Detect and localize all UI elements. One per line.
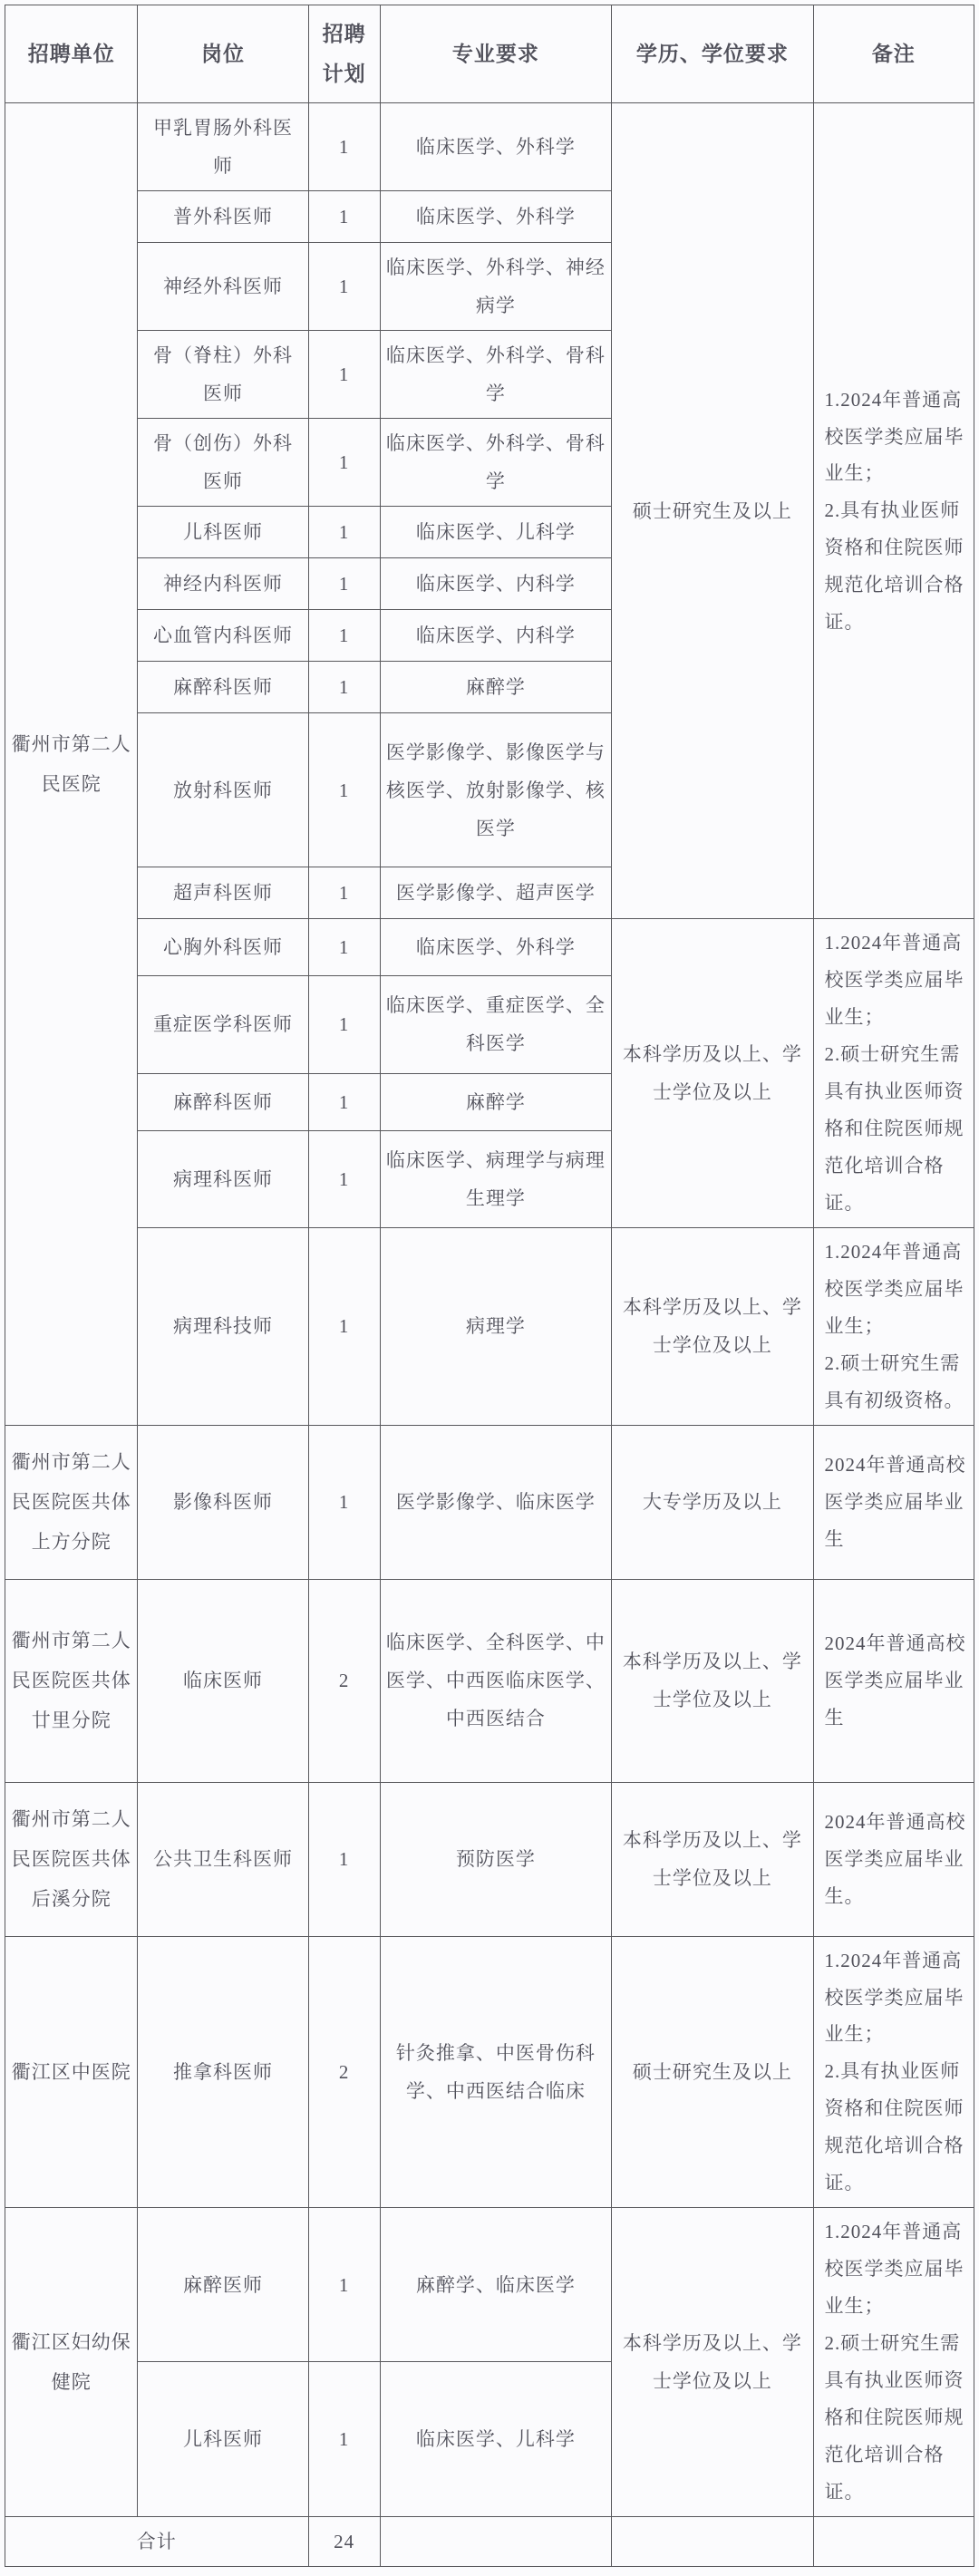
- table-row: 衢州市第二人民医院医共体上方分院 影像科医师 1 医学影像学、临床医学 大专学历…: [5, 1425, 974, 1579]
- unit-cell: 衢江区中医院: [5, 1936, 138, 2208]
- header-count: 招聘计划: [308, 5, 380, 103]
- count-cell: 1: [308, 2208, 380, 2362]
- edu-cell: 本科学历及以上、学士学位及以上: [612, 919, 813, 1228]
- note-cell: 2024年普通高校医学类应届毕业生。: [813, 1782, 974, 1936]
- major-cell: 临床医学、儿科学: [380, 2362, 611, 2516]
- count-cell: 1: [308, 507, 380, 558]
- count-cell: 2: [308, 1579, 380, 1782]
- post-cell: 神经外科医师: [138, 243, 308, 331]
- table-row: 衢江区中医院 推拿科医师 2 针灸推拿、中医骨伤科学、中西医结合临床 硕士研究生…: [5, 1936, 974, 2208]
- note-cell: 1.2024年普通高校医学类应届毕业生； 2.具有执业医师资格和住院医师规范化培…: [813, 1936, 974, 2208]
- edu-cell: 本科学历及以上、学士学位及以上: [612, 1227, 813, 1425]
- major-cell: 临床医学、外科学、骨科学: [380, 331, 611, 419]
- table-row: 病理科技师 1 病理学 本科学历及以上、学士学位及以上 1.2024年普通高校医…: [5, 1227, 974, 1425]
- post-cell: 心血管内科医师: [138, 610, 308, 662]
- edu-cell: 硕士研究生及以上: [612, 103, 813, 919]
- post-cell: 神经内科医师: [138, 558, 308, 610]
- note-cell: 2024年普通高校医学类应届毕业生: [813, 1425, 974, 1579]
- post-cell: 麻醉科医师: [138, 662, 308, 713]
- count-cell: 1: [308, 558, 380, 610]
- count-cell: 1: [308, 103, 380, 191]
- edu-cell: 大专学历及以上: [612, 1425, 813, 1579]
- major-cell: 临床医学、儿科学: [380, 507, 611, 558]
- note-cell: 2024年普通高校医学类应届毕业生: [813, 1579, 974, 1782]
- major-cell: 针灸推拿、中医骨伤科学、中西医结合临床: [380, 1936, 611, 2208]
- post-cell: 麻醉医师: [138, 2208, 308, 2362]
- major-cell: 临床医学、全科医学、中医学、中西医临床医学、中西医结合: [380, 1579, 611, 1782]
- count-cell: 1: [308, 610, 380, 662]
- header-edu: 学历、学位要求: [612, 5, 813, 103]
- major-cell: 临床医学、内科学: [380, 610, 611, 662]
- edu-cell: 硕士研究生及以上: [612, 1936, 813, 2208]
- major-cell: 临床医学、外科学、神经病学: [380, 243, 611, 331]
- total-row: 合计 24: [5, 2516, 974, 2566]
- post-cell: 病理科医师: [138, 1130, 308, 1227]
- table-row: 心胸外科医师 1 临床医学、外科学 本科学历及以上、学士学位及以上 1.2024…: [5, 919, 974, 976]
- post-cell: 骨（脊柱）外科医师: [138, 331, 308, 419]
- count-cell: 1: [308, 662, 380, 713]
- major-cell: 临床医学、外科学: [380, 103, 611, 191]
- major-cell: 医学影像学、超声医学: [380, 867, 611, 919]
- post-cell: 公共卫生科医师: [138, 1782, 308, 1936]
- major-cell: 麻醉学、临床医学: [380, 2208, 611, 2362]
- major-cell: 麻醉学: [380, 1073, 611, 1130]
- edu-cell: 本科学历及以上、学士学位及以上: [612, 1579, 813, 1782]
- unit-cell: 衢江区妇幼保健院: [5, 2208, 138, 2517]
- post-cell: 推拿科医师: [138, 1936, 308, 2208]
- major-cell: 临床医学、外科学、骨科学: [380, 419, 611, 507]
- edu-cell: 本科学历及以上、学士学位及以上: [612, 1782, 813, 1936]
- recruitment-table: 招聘单位 岗位 招聘计划 专业要求 学历、学位要求 备注 衢州市第二人民医院 甲…: [5, 5, 974, 2567]
- post-cell: 心胸外科医师: [138, 919, 308, 976]
- count-cell: 1: [308, 713, 380, 867]
- table-row: 衢州市第二人民医院 甲乳胃肠外科医师 1 临床医学、外科学 硕士研究生及以上 1…: [5, 103, 974, 191]
- major-cell: 临床医学、外科学: [380, 191, 611, 243]
- total-count-cell: 24: [308, 2516, 380, 2566]
- table-row: 衢州市第二人民医院医共体后溪分院 公共卫生科医师 1 预防医学 本科学历及以上、…: [5, 1782, 974, 1936]
- header-unit: 招聘单位: [5, 5, 138, 103]
- count-cell: 1: [308, 867, 380, 919]
- count-cell: 1: [308, 243, 380, 331]
- post-cell: 重症医学科医师: [138, 976, 308, 1073]
- post-cell: 甲乳胃肠外科医师: [138, 103, 308, 191]
- major-cell: 预防医学: [380, 1782, 611, 1936]
- total-label-cell: 合计: [5, 2516, 309, 2566]
- count-cell: 1: [308, 976, 380, 1073]
- post-cell: 普外科医师: [138, 191, 308, 243]
- count-cell: 2: [308, 1936, 380, 2208]
- note-cell: 1.2024年普通高校医学类应届毕业生； 2.硕士研究生需具有执业医师资格和住院…: [813, 919, 974, 1228]
- post-cell: 骨（创伤）外科医师: [138, 419, 308, 507]
- post-cell: 放射科医师: [138, 713, 308, 867]
- major-cell: 临床医学、内科学: [380, 558, 611, 610]
- count-cell: 1: [308, 1130, 380, 1227]
- count-cell: 1: [308, 419, 380, 507]
- note-cell: 1.2024年普通高校医学类应届毕业生； 2.硕士研究生需具有执业医师资格和住院…: [813, 2208, 974, 2517]
- edu-cell: 本科学历及以上、学士学位及以上: [612, 2208, 813, 2517]
- count-cell: 1: [308, 1073, 380, 1130]
- empty-major-cell: [380, 2516, 611, 2566]
- post-cell: 影像科医师: [138, 1425, 308, 1579]
- post-cell: 麻醉科医师: [138, 1073, 308, 1130]
- note-cell: 1.2024年普通高校医学类应届毕业生； 2.硕士研究生需具有初级资格。: [813, 1227, 974, 1425]
- empty-edu-cell: [612, 2516, 813, 2566]
- count-cell: 1: [308, 1425, 380, 1579]
- count-cell: 1: [308, 1227, 380, 1425]
- major-cell: 医学影像学、临床医学: [380, 1425, 611, 1579]
- header-note: 备注: [813, 5, 974, 103]
- count-cell: 1: [308, 919, 380, 976]
- major-cell: 临床医学、外科学: [380, 919, 611, 976]
- count-cell: 1: [308, 331, 380, 419]
- major-cell: 临床医学、重症医学、全科医学: [380, 976, 611, 1073]
- post-cell: 超声科医师: [138, 867, 308, 919]
- post-cell: 临床医师: [138, 1579, 308, 1782]
- major-cell: 病理学: [380, 1227, 611, 1425]
- header-post: 岗位: [138, 5, 308, 103]
- major-cell: 临床医学、病理学与病理生理学: [380, 1130, 611, 1227]
- major-cell: 麻醉学: [380, 662, 611, 713]
- post-cell: 儿科医师: [138, 2362, 308, 2516]
- document-page: 招聘单位 岗位 招聘计划 专业要求 学历、学位要求 备注 衢州市第二人民医院 甲…: [0, 0, 979, 2576]
- count-cell: 1: [308, 1782, 380, 1936]
- count-cell: 1: [308, 2362, 380, 2516]
- post-cell: 病理科技师: [138, 1227, 308, 1425]
- table-row: 衢州市第二人民医院医共体廿里分院 临床医师 2 临床医学、全科医学、中医学、中西…: [5, 1579, 974, 1782]
- header-row: 招聘单位 岗位 招聘计划 专业要求 学历、学位要求 备注: [5, 5, 974, 103]
- header-major: 专业要求: [380, 5, 611, 103]
- empty-note-cell: [813, 2516, 974, 2566]
- unit-cell: 衢州市第二人民医院医共体廿里分院: [5, 1579, 138, 1782]
- post-cell: 儿科医师: [138, 507, 308, 558]
- major-cell: 医学影像学、影像医学与核医学、放射影像学、核医学: [380, 713, 611, 867]
- unit-cell: 衢州市第二人民医院医共体后溪分院: [5, 1782, 138, 1936]
- note-cell: 1.2024年普通高校医学类应届毕业生； 2.具有执业医师资格和住院医师规范化培…: [813, 103, 974, 919]
- table-row: 衢江区妇幼保健院 麻醉医师 1 麻醉学、临床医学 本科学历及以上、学士学位及以上…: [5, 2208, 974, 2362]
- count-cell: 1: [308, 191, 380, 243]
- unit-cell: 衢州市第二人民医院医共体上方分院: [5, 1425, 138, 1579]
- unit-cell: 衢州市第二人民医院: [5, 103, 138, 1425]
